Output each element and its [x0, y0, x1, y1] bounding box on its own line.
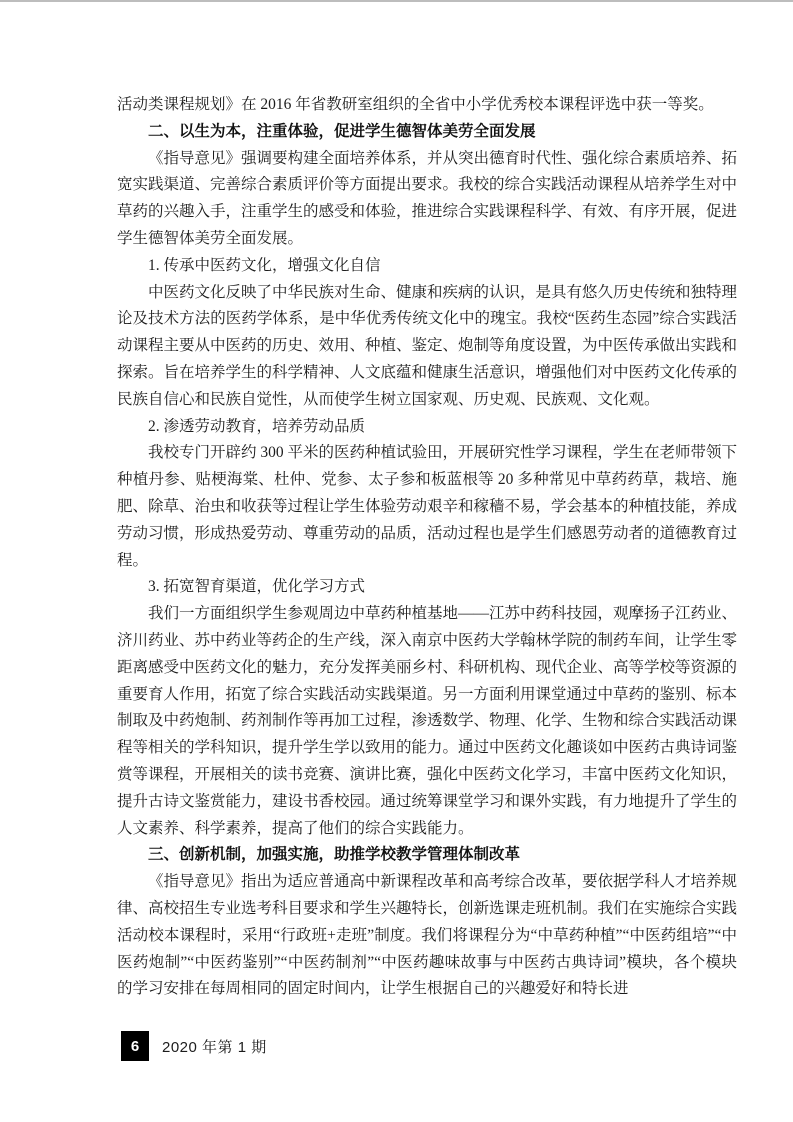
paragraph-labor-education: 我校专门开辟约 300 平米的医药种植试验田，开展研究性学习课程，学生在老师带领… [117, 440, 737, 574]
paragraph-learning-channels: 我们一方面组织学生参观周边中草药种植基地——江苏中药科技园，观摩扬子江药业、济川… [117, 601, 737, 842]
section-heading-3: 三、创新机制，加强实施，助推学校教学管理体制改革 [117, 842, 737, 869]
page-footer: 6 2020 年第 1 期 [121, 1031, 267, 1061]
paragraph-reform-mechanism: 《指导意见》指出为适应普通高中新课程改革和高考综合改革，要依据学科人才培养规律、… [117, 869, 737, 1003]
article-body: 活动类课程规划》在 2016 年省教研室组织的全省中小学优秀校本课程评选中获一等… [117, 92, 737, 1003]
document-page: 活动类课程规划》在 2016 年省教研室组织的全省中小学优秀校本课程评选中获一等… [0, 0, 793, 1122]
page-number-badge: 6 [121, 1031, 149, 1061]
paragraph-continuation: 活动类课程规划》在 2016 年省教研室组织的全省中小学优秀校本课程评选中获一等… [117, 92, 737, 119]
scan-edge-line [0, 0, 793, 2]
issue-label: 2020 年第 1 期 [162, 1036, 267, 1057]
paragraph-guidance-overview: 《指导意见》强调要构建全面培养体系，并从突出德育时代性、强化综合素质培养、拓宽实… [117, 146, 737, 253]
subsection-heading-3: 3. 拓宽智育渠道，优化学习方式 [117, 574, 737, 601]
paragraph-tcm-culture: 中医药文化反映了中华民族对生命、健康和疾病的认识，是具有悠久历史传统和独特理论及… [117, 280, 737, 414]
subsection-heading-2: 2. 渗透劳动教育，培养劳动品质 [117, 414, 737, 441]
section-heading-2: 二、以生为本，注重体验，促进学生德智体美劳全面发展 [117, 119, 737, 146]
subsection-heading-1: 1. 传承中医药文化，增强文化自信 [117, 253, 737, 280]
